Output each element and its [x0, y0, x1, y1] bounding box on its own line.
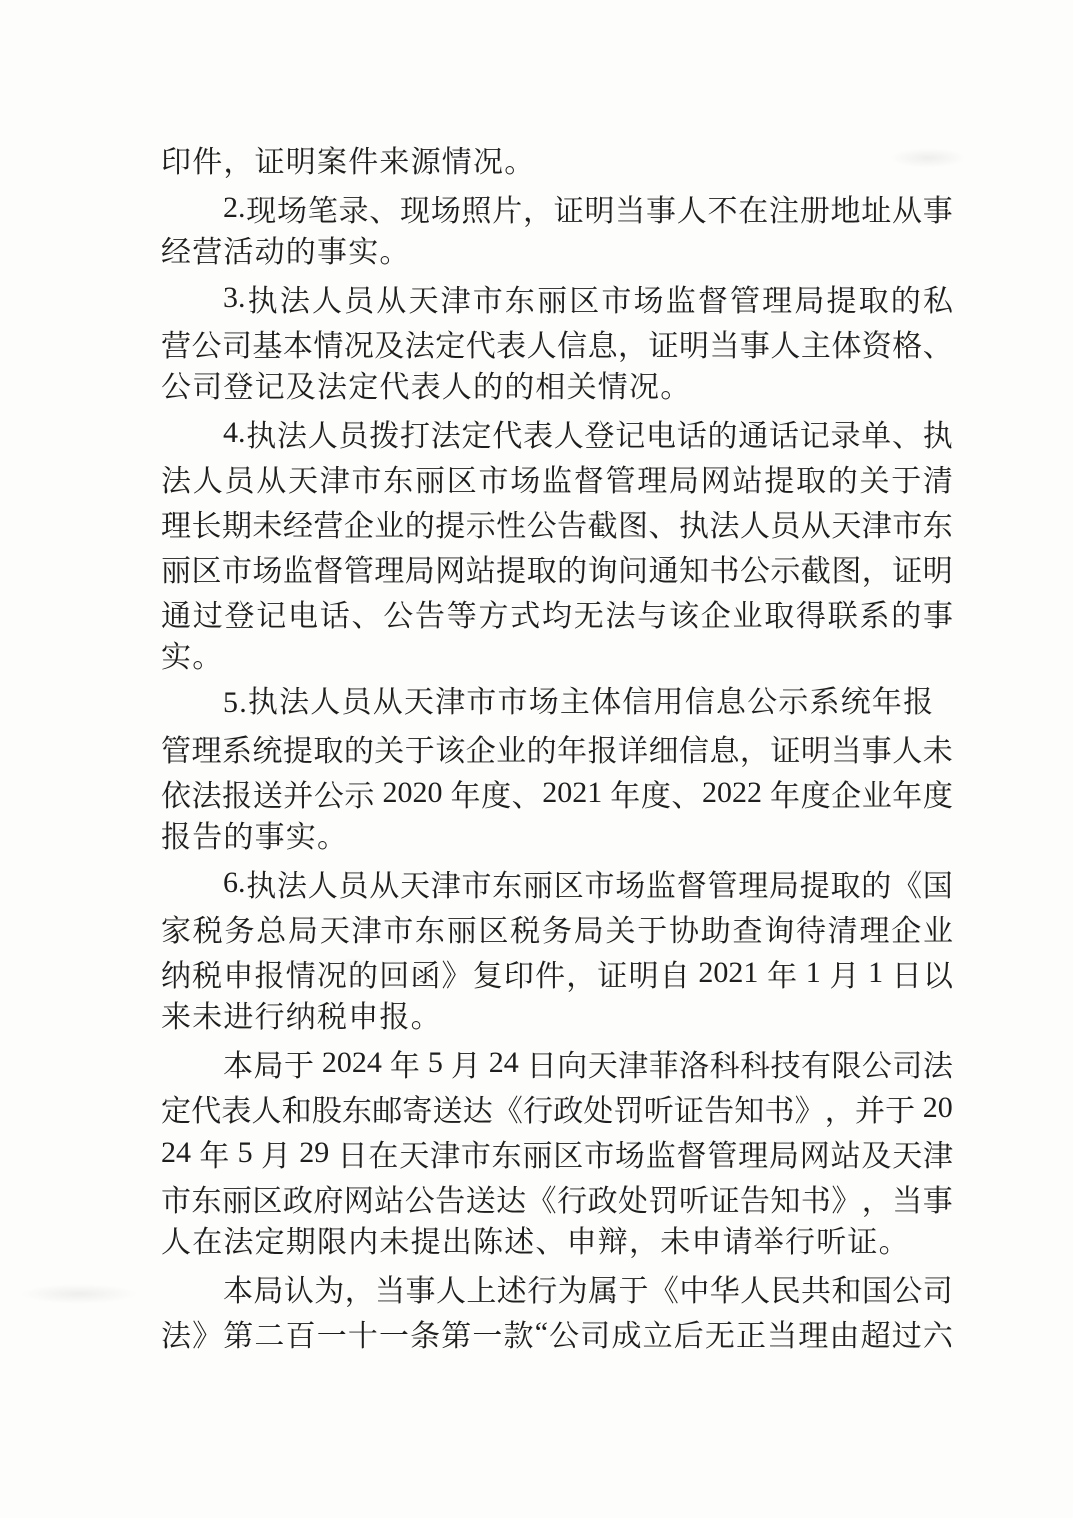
text-line: 纳税申报情况的回函》复印件，证明自 2021 年 1 月 1 日以 — [161, 950, 953, 995]
text-line: 本局认为，当事人上述行为属于《中华人民共和国公司 — [161, 1265, 953, 1310]
scanned-page: 印件，证明案件来源情况。2.现场笔录、现场照片，证明当事人不在注册地址从事经营活… — [0, 0, 1073, 1518]
text-line: 法》第二百一十一条第一款“公司成立后无正当理由超过六 — [161, 1310, 953, 1355]
text-line: 法人员从天津市东丽区市场监督管理局网站提取的关于清 — [161, 455, 953, 500]
text-line: 本局于 2024 年 5 月 24 日向天津菲洛科科技有限公司法 — [161, 1040, 953, 1085]
text-line: 来未进行纳税申报。 — [161, 995, 953, 1040]
text-line: 实。 — [161, 635, 953, 680]
text-line: 人在法定期限内未提出陈述、申辩，未申请举行听证。 — [161, 1220, 953, 1265]
scan-smudge — [20, 1284, 138, 1304]
text-line: 市东丽区政府网站公告送达《行政处罚听证告知书》，当事 — [161, 1175, 953, 1220]
text-line: 6.执法人员从天津市东丽区市场监督管理局提取的《国 — [161, 860, 953, 905]
text-line: 2.现场笔录、现场照片，证明当事人不在注册地址从事 — [161, 185, 953, 230]
text-line: 依法报送并公示 2020 年度、2021 年度、2022 年度企业年度 — [161, 770, 953, 815]
text-line: 管理系统提取的关于该企业的年报详细信息，证明当事人未 — [161, 725, 953, 770]
text-line: 报告的事实。 — [161, 815, 953, 860]
text-line: 理长期未经营企业的提示性公告截图、执法人员从天津市东 — [161, 500, 953, 545]
text-line: 公司登记及法定代表人的的相关情况。 — [161, 365, 953, 410]
text-line: 经营活动的事实。 — [161, 230, 953, 275]
text-line: 5.执法人员从天津市市场主体信用信息公示系统年报 — [161, 680, 953, 725]
text-line: 印件，证明案件来源情况。 — [161, 140, 953, 185]
text-line: 4.执法人员拨打法定代表人登记电话的通话记录单、执 — [161, 410, 953, 455]
text-line: 3.执法人员从天津市东丽区市场监督管理局提取的私 — [161, 275, 953, 320]
text-line: 定代表人和股东邮寄送达《行政处罚听证告知书》，并于 20 — [161, 1085, 953, 1130]
document-body: 印件，证明案件来源情况。2.现场笔录、现场照片，证明当事人不在注册地址从事经营活… — [161, 140, 953, 1355]
text-line: 家税务总局天津市东丽区税务局关于协助查询待清理企业 — [161, 905, 953, 950]
text-line: 24 年 5 月 29 日在天津市东丽区市场监督管理局网站及天津 — [161, 1130, 953, 1175]
text-line: 通过登记电话、公告等方式均无法与该企业取得联系的事 — [161, 590, 953, 635]
text-line: 丽区市场监督管理局网站提取的询问通知书公示截图，证明 — [161, 545, 953, 590]
text-line: 营公司基本情况及法定代表人信息，证明当事人主体资格、 — [161, 320, 953, 365]
